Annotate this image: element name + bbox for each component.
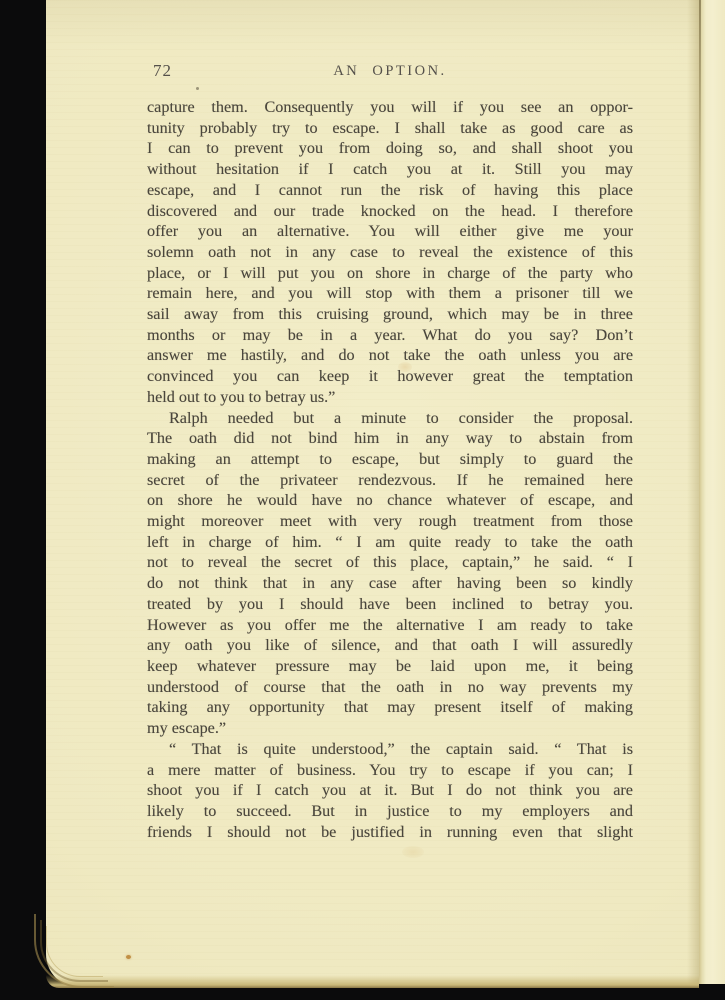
text-line: I can to prevent you from doing so, and … [147, 138, 633, 159]
text-line: on shore he would have no chance whateve… [147, 490, 633, 511]
page-bottom-edge [46, 975, 699, 988]
paragraph: Ralph needed but a minute to consider th… [147, 408, 633, 739]
text-line: not to reveal the secret of this place, … [147, 552, 633, 573]
book-page: 72 AN OPTION. capture them. Consequently… [46, 0, 699, 988]
text-line: left in charge of him. “ I am quite read… [147, 532, 633, 553]
paper-smudge [398, 362, 412, 372]
text-line: shoot you if I catch you at it. But I do… [147, 780, 633, 801]
text-line: likely to succeed. But in justice to my … [147, 801, 633, 822]
adjacent-page-edge [699, 0, 725, 984]
text-line: treated by you I should have been inclin… [147, 594, 633, 615]
text-line: making an attempt to escape, but simply … [147, 449, 633, 470]
text-line: capture them. Consequently you will if y… [147, 97, 633, 118]
text-line: do not think that in any case after havi… [147, 573, 633, 594]
text-line: offer you an alternative. You will eithe… [147, 221, 633, 242]
text-line: “ That is quite understood,” the captain… [147, 739, 633, 760]
text-line: convinced you can keep it however great … [147, 366, 633, 387]
text-line: The oath did not bind him in any way to … [147, 428, 633, 449]
text-block: capture them. Consequently you will if y… [147, 97, 633, 842]
text-line: months or may be in a year. What do you … [147, 325, 633, 346]
text-line: a mere matter of business. You try to es… [147, 760, 633, 781]
running-title: AN OPTION. [147, 61, 633, 80]
text-line: solemn oath not in any case to reveal th… [147, 242, 633, 263]
page-top-shading [46, 0, 699, 46]
text-line: my escape.” [147, 718, 633, 739]
book-binding-edge [0, 0, 48, 988]
text-line: friends I should not be justified in run… [147, 822, 633, 843]
text-line: without hesitation if I catch you at it.… [147, 159, 633, 180]
text-line: sail away from this cruising ground, whi… [147, 304, 633, 325]
text-line: keep whatever pressure may be laid upon … [147, 656, 633, 677]
page-header: 72 AN OPTION. [147, 61, 633, 83]
text-line: Ralph needed but a minute to consider th… [147, 408, 633, 429]
text-line: any oath you like of silence, and that o… [147, 635, 633, 656]
text-line: escape, and I cannot run the risk of hav… [147, 180, 633, 201]
text-line: tunity probably try to escape. I shall t… [147, 118, 633, 139]
text-line: discovered and our trade knocked on the … [147, 201, 633, 222]
text-line: might moreover meet with very rough trea… [147, 511, 633, 532]
paragraph: capture them. Consequently you will if y… [147, 97, 633, 408]
paper-smudge [402, 846, 424, 858]
paragraph: “ That is quite understood,” the captain… [147, 739, 633, 843]
text-line: understood of course that the oath in no… [147, 677, 633, 698]
text-line: answer me hastily, and do not take the o… [147, 345, 633, 366]
foxing-spot [126, 955, 131, 959]
text-line: secret of the privateer rendezvous. If h… [147, 470, 633, 491]
text-line: remain here, and you will stop with them… [147, 283, 633, 304]
text-line: place, or I will put you on shore in cha… [147, 263, 633, 284]
page-fold-shading [687, 0, 699, 988]
text-line: However as you offer me the alternative … [147, 615, 633, 636]
text-line: taking any opportunity that may present … [147, 697, 633, 718]
ink-speck [196, 87, 199, 90]
scanned-book-page: 72 AN OPTION. capture them. Consequently… [0, 0, 725, 1000]
page-number: 72 [153, 61, 172, 81]
text-line: held out to you to betray us.” [147, 387, 633, 408]
